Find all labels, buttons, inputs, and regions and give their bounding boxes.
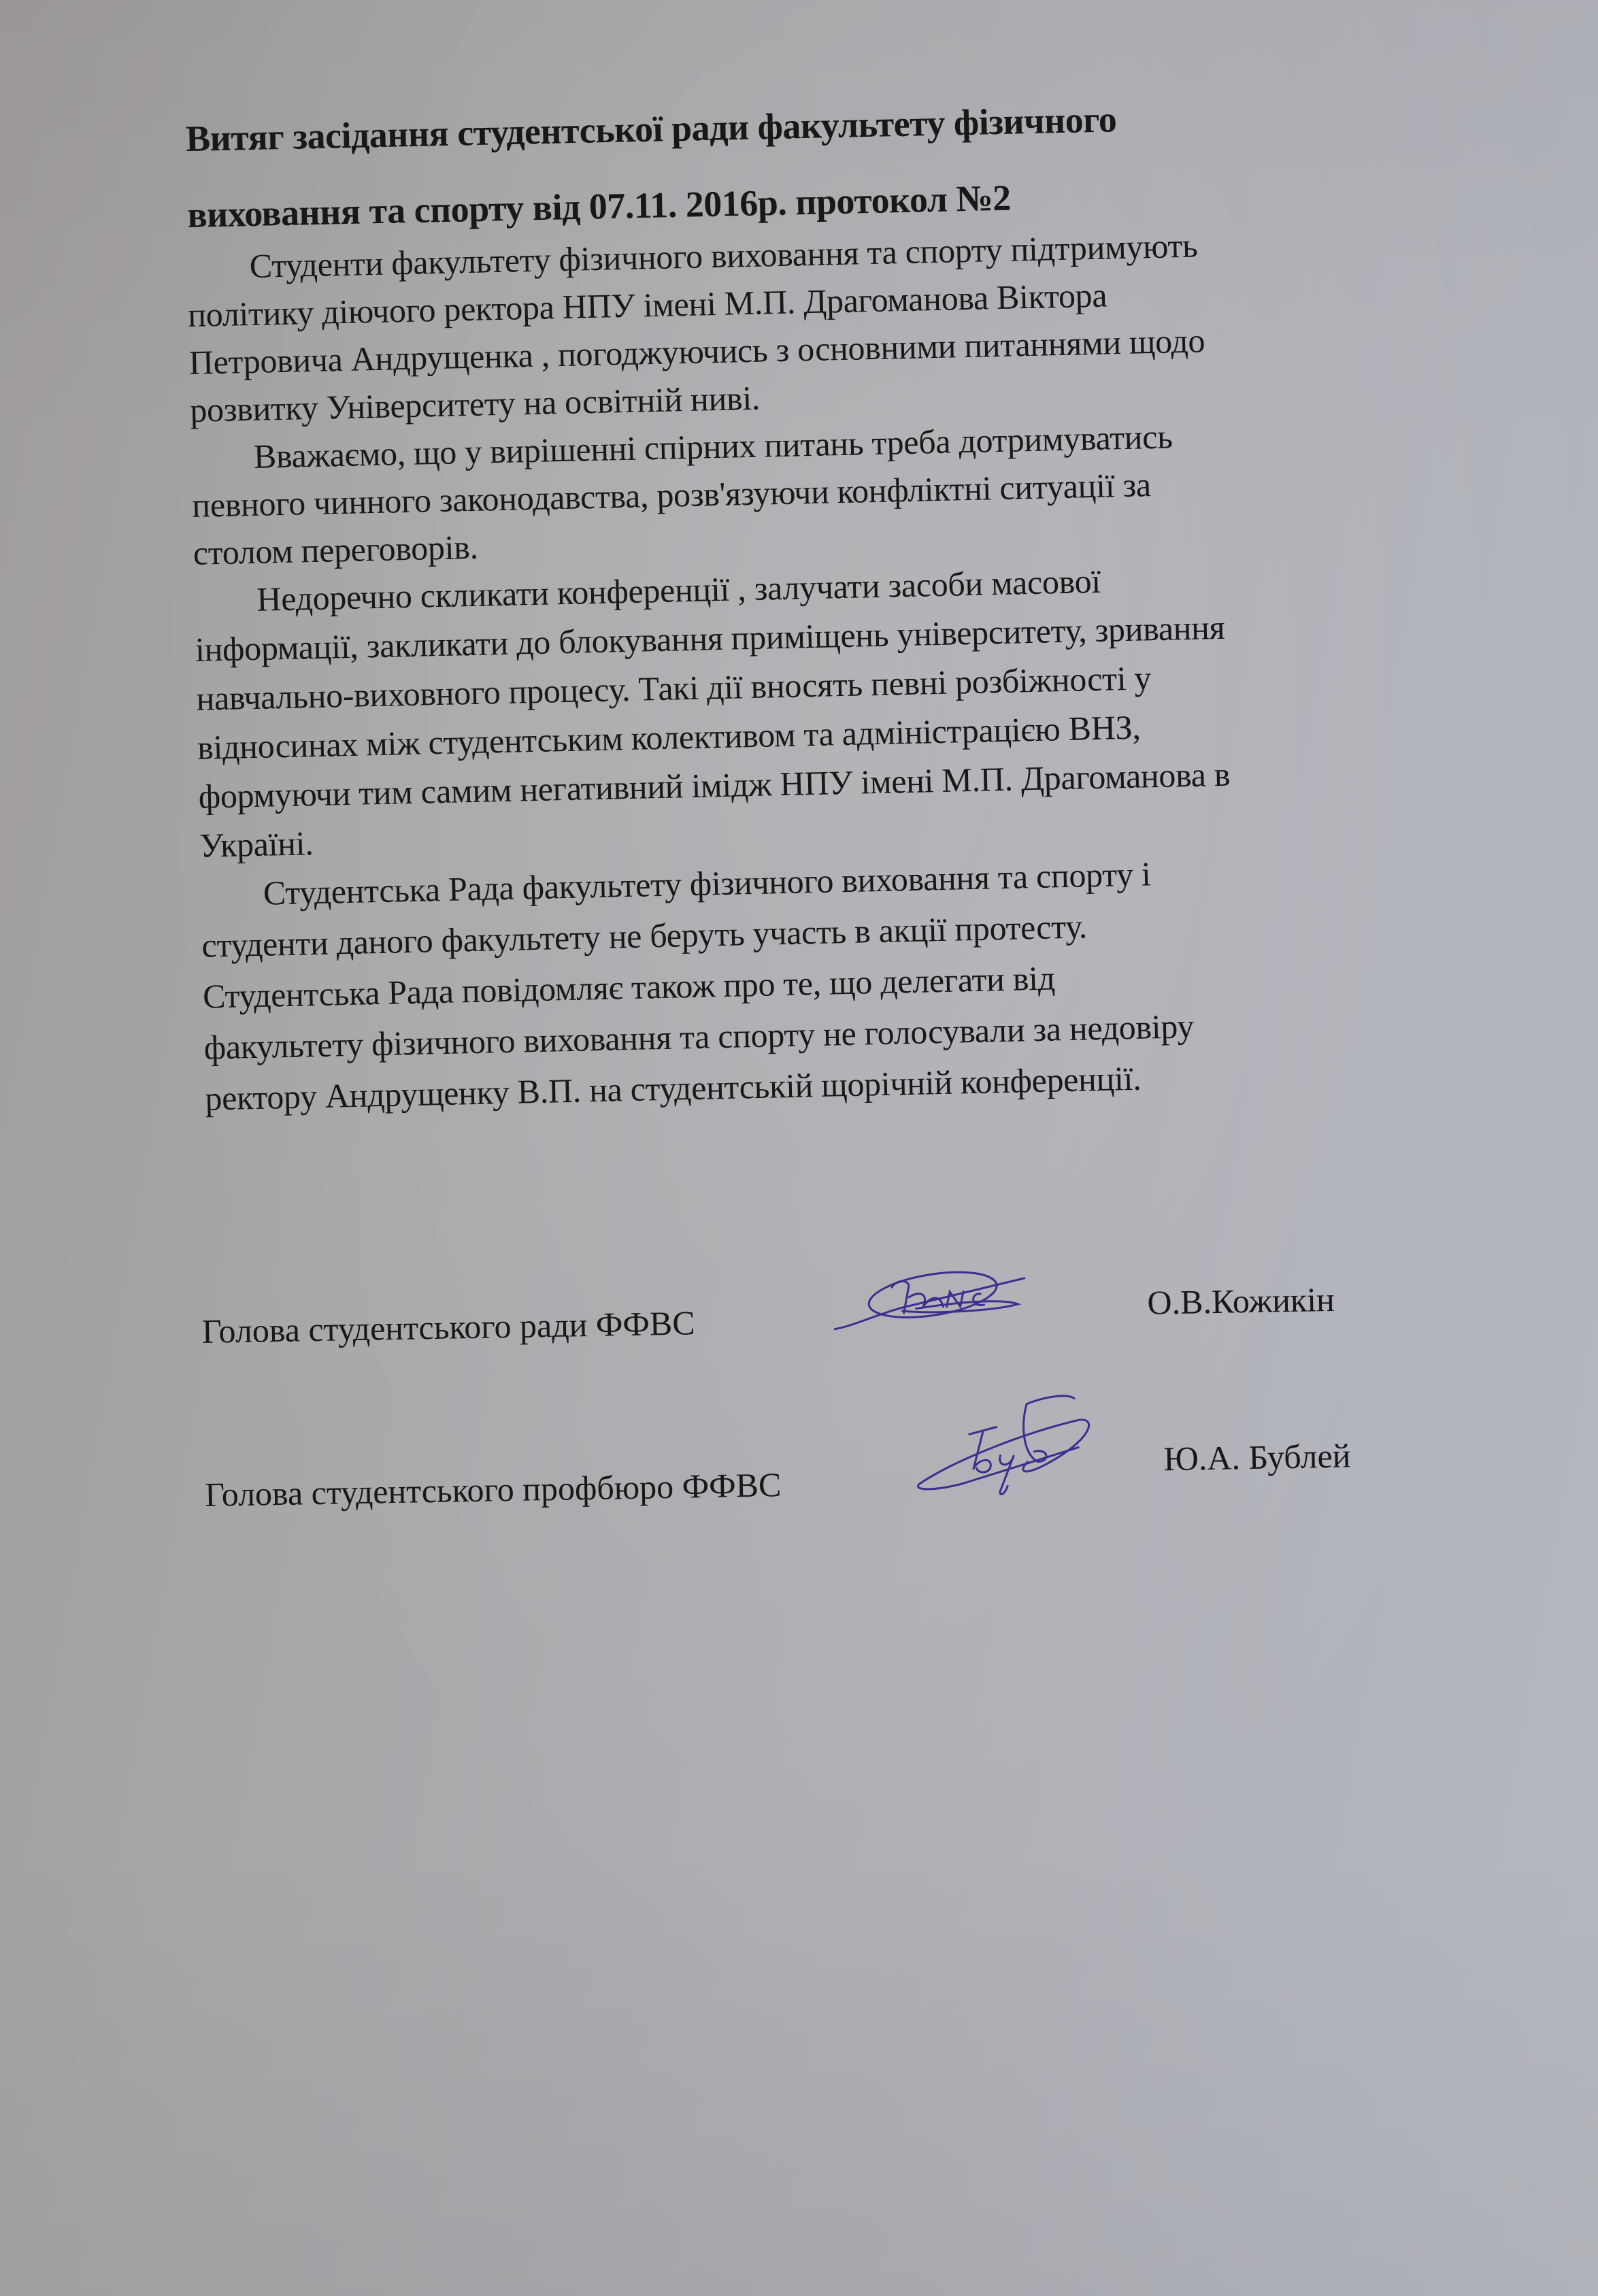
paragraph-legislation: Вважаємо, що у вирішенні спірних питань … [190,405,1486,576]
signatory-name: О.В.Кожикін [1147,1280,1335,1322]
paragraph-inappropriate-actions: Недоречно скликати конференції , залучат… [194,548,1493,870]
signature-block: Голова студентського ради ФФВС О.В.Кожик… [201,1270,1497,1517]
signatory-role: Голова студентського ради ФФВС [201,1303,695,1351]
document-body: Студенти факультету фізичного виховання … [186,216,1498,1126]
signature-row-union-head: Голова студентського профбюро ФФВС Ю.А. … [204,1433,1497,1517]
handwritten-signature-icon [827,1258,1032,1344]
signatory-name: Ю.А. Бублей [1163,1436,1351,1479]
signatory-role: Голова студентського профбюро ФФВС [205,1465,782,1514]
handwritten-signature-icon [908,1386,1100,1506]
scanned-document-page: Витяг засідання студентської ради факуль… [0,0,1598,2296]
signature-row-council-head: Голова студентського ради ФФВС О.В.Кожик… [201,1270,1495,1354]
paragraph-council-statement: Студентська Рада факультету фізичного ви… [200,842,1498,1125]
paragraph-support: Студенти факультету фізичного виховання … [186,216,1483,434]
